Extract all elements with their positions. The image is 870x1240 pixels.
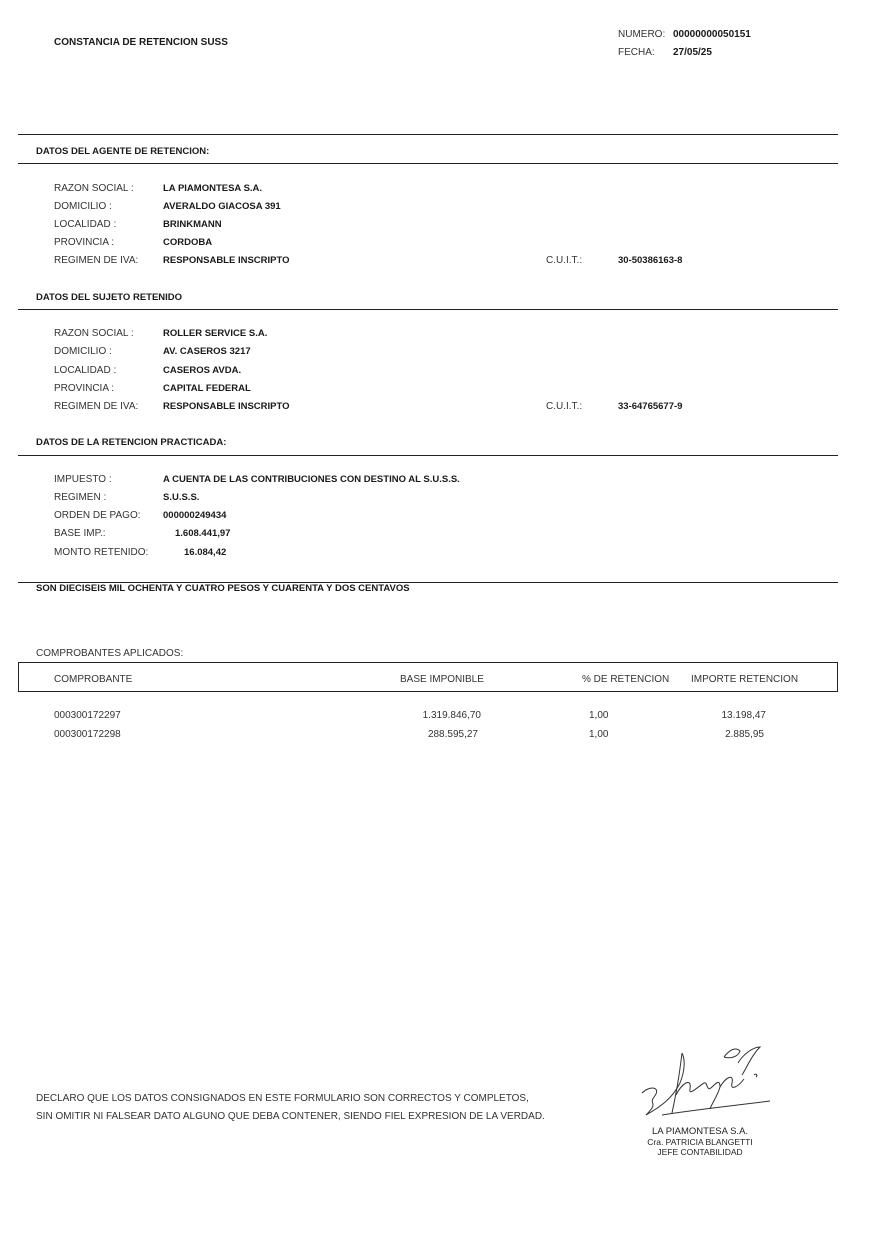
cell-porcentaje: 1,00 [589, 729, 608, 740]
fecha-label: FECHA: [618, 47, 655, 58]
cell-porcentaje: 1,00 [589, 710, 608, 721]
field-label: MONTO RETENIDO: [54, 547, 148, 558]
column-header-importe: IMPORTE RETENCION [691, 674, 798, 685]
divider [18, 455, 838, 456]
field-value: S.U.S.S. [163, 492, 199, 503]
cuit-value: 33-64765677-9 [618, 401, 682, 412]
signature-block: LA PIAMONTESA S.A. Cra. PATRICIA BLANGET… [620, 1035, 780, 1165]
cuit-label: C.U.I.T.: [546, 255, 582, 266]
field-label: PROVINCIA : [54, 383, 114, 394]
cell-comprobante: 000300172298 [54, 729, 121, 740]
cell-importe: 13.198,47 [680, 710, 766, 721]
field-label: DOMICILIO : [54, 201, 112, 212]
signature-name: Cra. PATRICIA BLANGETTI [620, 1137, 780, 1147]
field-label: REGIMEN DE IVA: [54, 255, 138, 266]
fecha-value: 27/05/25 [673, 47, 712, 58]
field-label: LOCALIDAD : [54, 219, 116, 230]
section-title-sujeto: DATOS DEL SUJETO RETENIDO [36, 292, 182, 303]
field-label: PROVINCIA : [54, 237, 114, 248]
numero-value: 00000000050151 [673, 29, 751, 40]
field-label: ORDEN DE PAGO: [54, 510, 141, 521]
declaration-line-2: SIN OMITIR NI FALSEAR DATO ALGUNO QUE DE… [36, 1111, 545, 1122]
field-label: DOMICILIO : [54, 346, 112, 357]
field-label: RAZON SOCIAL : [54, 183, 134, 194]
divider [18, 309, 838, 310]
cuit-value: 30-50386163-8 [618, 255, 682, 266]
field-label: RAZON SOCIAL : [54, 328, 134, 339]
cell-comprobante: 000300172297 [54, 710, 121, 721]
declaration-line-1: DECLARO QUE LOS DATOS CONSIGNADOS EN EST… [36, 1093, 529, 1104]
signature-role: JEFE CONTABILIDAD [620, 1147, 780, 1157]
cuit-label: C.U.I.T.: [546, 401, 582, 412]
field-label: LOCALIDAD : [54, 365, 116, 376]
cell-base-imponible: 288.595,27 [380, 729, 478, 740]
section-title-retencion: DATOS DE LA RETENCION PRACTICADA: [36, 437, 226, 448]
column-header-base-imponible: BASE IMPONIBLE [400, 674, 484, 685]
numero-label: NUMERO: [618, 29, 665, 40]
field-label: IMPUESTO : [54, 474, 112, 485]
divider [18, 163, 838, 164]
field-value: 000000249434 [163, 510, 226, 521]
column-header-comprobante: COMPROBANTE [54, 674, 132, 685]
document-title: CONSTANCIA DE RETENCION SUSS [54, 37, 228, 48]
field-value: ROLLER SERVICE S.A. [163, 328, 267, 339]
field-value: BRINKMANN [163, 219, 222, 230]
field-value: AV. CASEROS 3217 [163, 346, 251, 357]
field-value: A CUENTA DE LAS CONTRIBUCIONES CON DESTI… [163, 474, 460, 485]
comprobantes-title: COMPROBANTES APLICADOS: [36, 648, 183, 659]
field-label: REGIMEN DE IVA: [54, 401, 138, 412]
field-value: LA PIAMONTESA S.A. [163, 183, 262, 194]
divider [18, 134, 838, 135]
field-value: CASEROS AVDA. [163, 365, 241, 376]
field-value: 16.084,42 [184, 547, 226, 558]
field-value: RESPONSABLE INSCRIPTO [163, 255, 290, 266]
column-header-porcentaje: % DE RETENCION [582, 674, 669, 685]
cell-base-imponible: 1.319.846,70 [380, 710, 481, 721]
field-value: 1.608.441,97 [175, 528, 230, 539]
field-value: CORDOBA [163, 237, 212, 248]
cell-importe: 2.885,95 [680, 729, 764, 740]
field-value: AVERALDO GIACOSA 391 [163, 201, 281, 212]
amount-in-words: SON DIECISEIS MIL OCHENTA Y CUATRO PESOS… [36, 583, 410, 594]
section-title-agente: DATOS DEL AGENTE DE RETENCION: [36, 146, 209, 157]
field-value: CAPITAL FEDERAL [163, 383, 251, 394]
signature-scribble-icon [620, 1035, 780, 1130]
field-value: RESPONSABLE INSCRIPTO [163, 401, 290, 412]
field-label: BASE IMP.: [54, 528, 106, 539]
signature-company: LA PIAMONTESA S.A. [620, 1126, 780, 1137]
field-label: REGIMEN : [54, 492, 106, 503]
